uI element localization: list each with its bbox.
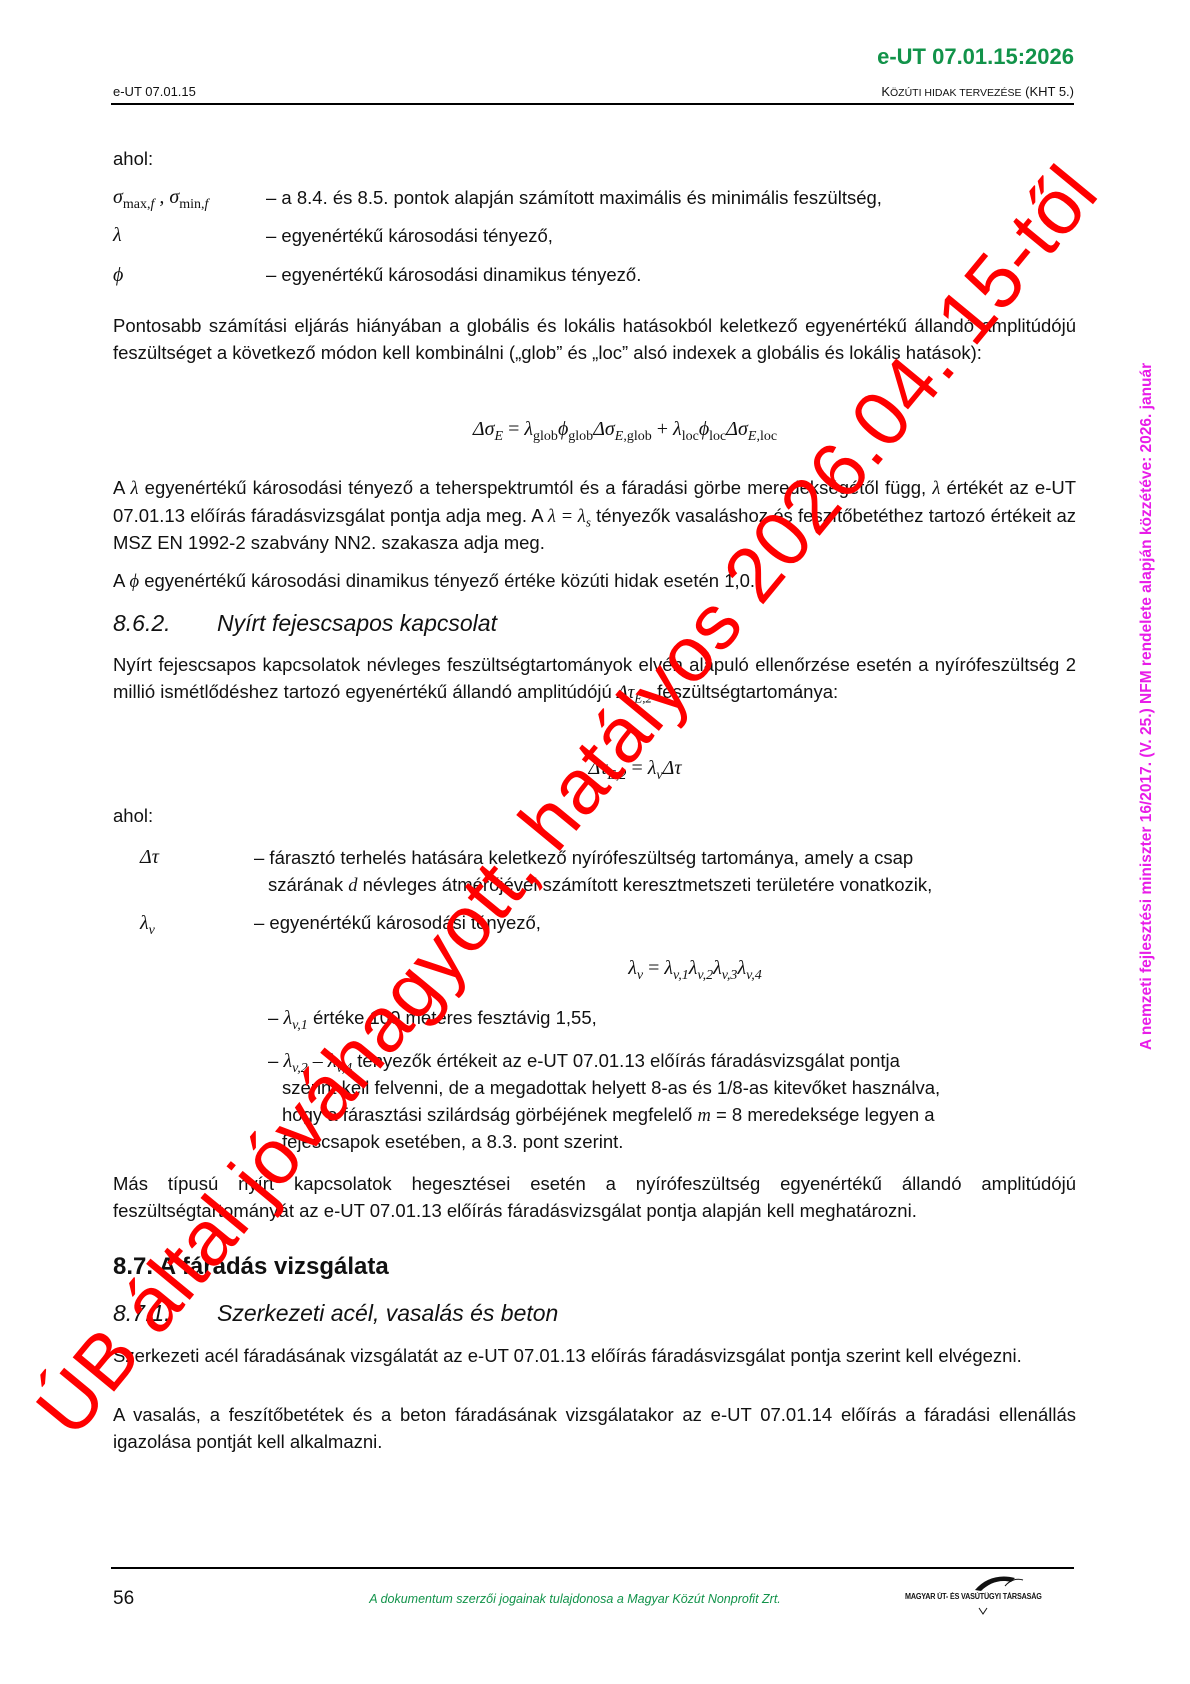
header-title-suffix: (KHT 5.) [1025, 84, 1074, 99]
paragraph-steel-fatigue: Szerkezeti acél fáradásának vizsgálatát … [113, 1343, 1076, 1370]
society-logo: MAGYAR ÚT- ÉS VASÚTÜGYI TÁRSASÁG [905, 1572, 1080, 1620]
logo-text: MAGYAR ÚT- ÉS VASÚTÜGYI TÁRSASÁG [905, 1592, 1042, 1601]
symbol-sigma-max-min: σmax,f , σmin,f [113, 186, 208, 209]
lambda-symbol-2: λ [932, 479, 940, 499]
header-right-title: KÖZÚTI HIDAK TERVEZÉSE (KHT 5.) [881, 84, 1074, 99]
bullet-2c-b: = 8 meredeksége legyen a [716, 1104, 935, 1125]
footer-rule [111, 1567, 1074, 1569]
heading-number: 8.6.2. [113, 610, 217, 637]
lambda-symbol: λ [130, 479, 138, 499]
heading-title: Nyírt fejescsapos kapcsolat [217, 610, 497, 636]
lambda-v1-symbol: λv,1 [283, 1007, 307, 1029]
heading-title: Szerkezeti acél, vasalás és beton [217, 1300, 558, 1326]
phi-text: egyenértékű károsodási dinamikus tényező… [144, 570, 755, 591]
def-delta-tau-line2: szárának d névleges átmérőjével számítot… [268, 872, 932, 900]
paragraph-concrete-fatigue: A vasalás, a feszítőbetétek és a beton f… [113, 1402, 1076, 1455]
m-symbol: m [697, 1106, 710, 1126]
standard-code-title: e-UT 07.01.15:2026 [0, 44, 1074, 70]
formula-delta-sigma: ΔσE = λglobϕglobΔσE,glob + λlocϕlocΔσE,l… [0, 418, 1190, 441]
lambda-eq-lambda-s: λ = λs [548, 507, 591, 527]
symbol-lambda: λ [113, 224, 122, 247]
publication-side-note: A nemzeti fejlesztési miniszter 16/2017.… [1138, 363, 1156, 1050]
phi-symbol: ϕ [129, 572, 139, 592]
bullet-2a-text: tényezők értékeit az e-UT 07.01.13 előír… [357, 1050, 900, 1071]
header-left-code: e-UT 07.01.15 [113, 84, 196, 99]
symbol-delta-tau: Δτ [140, 846, 159, 869]
page-number: 56 [113, 1588, 134, 1610]
def-phi: – egyenértékű károsodási dinamikus ténye… [266, 262, 641, 289]
header-rule [111, 103, 1074, 105]
bullet-2c: hogy a fárasztási szilárdság görbéjének … [282, 1102, 935, 1130]
paragraph-phi: A ϕ egyenértékű károsodási dinamikus tén… [113, 568, 1076, 596]
def-lambda: – egyenértékű károsodási tényező, [266, 223, 553, 250]
def-sigma: – a 8.4. és 8.5. pontok alapján számítot… [266, 185, 882, 212]
d-symbol: d [348, 876, 357, 896]
heading-8-6-2: 8.6.2.Nyírt fejescsapos kapcsolat [113, 610, 497, 637]
paragraph-lambda: A λ egyenértékű károsodási tényező a teh… [113, 475, 1076, 557]
header-title-initial: K [881, 84, 890, 99]
formula-lambda-v: λv = λv,1λv,2λv,3λv,4 [0, 957, 1190, 980]
copyright-notice: A dokumentum szerzői jogainak tulajdonos… [300, 1592, 850, 1606]
symbol-phi: ϕ [113, 264, 123, 287]
header-title-rest: ÖZÚTI HIDAK TERVEZÉSE [890, 87, 1021, 99]
def-dtau-2a: szárának [268, 874, 343, 895]
symbol-lambda-v: λv [140, 912, 155, 935]
ahol-label: ahol: [113, 146, 1076, 173]
